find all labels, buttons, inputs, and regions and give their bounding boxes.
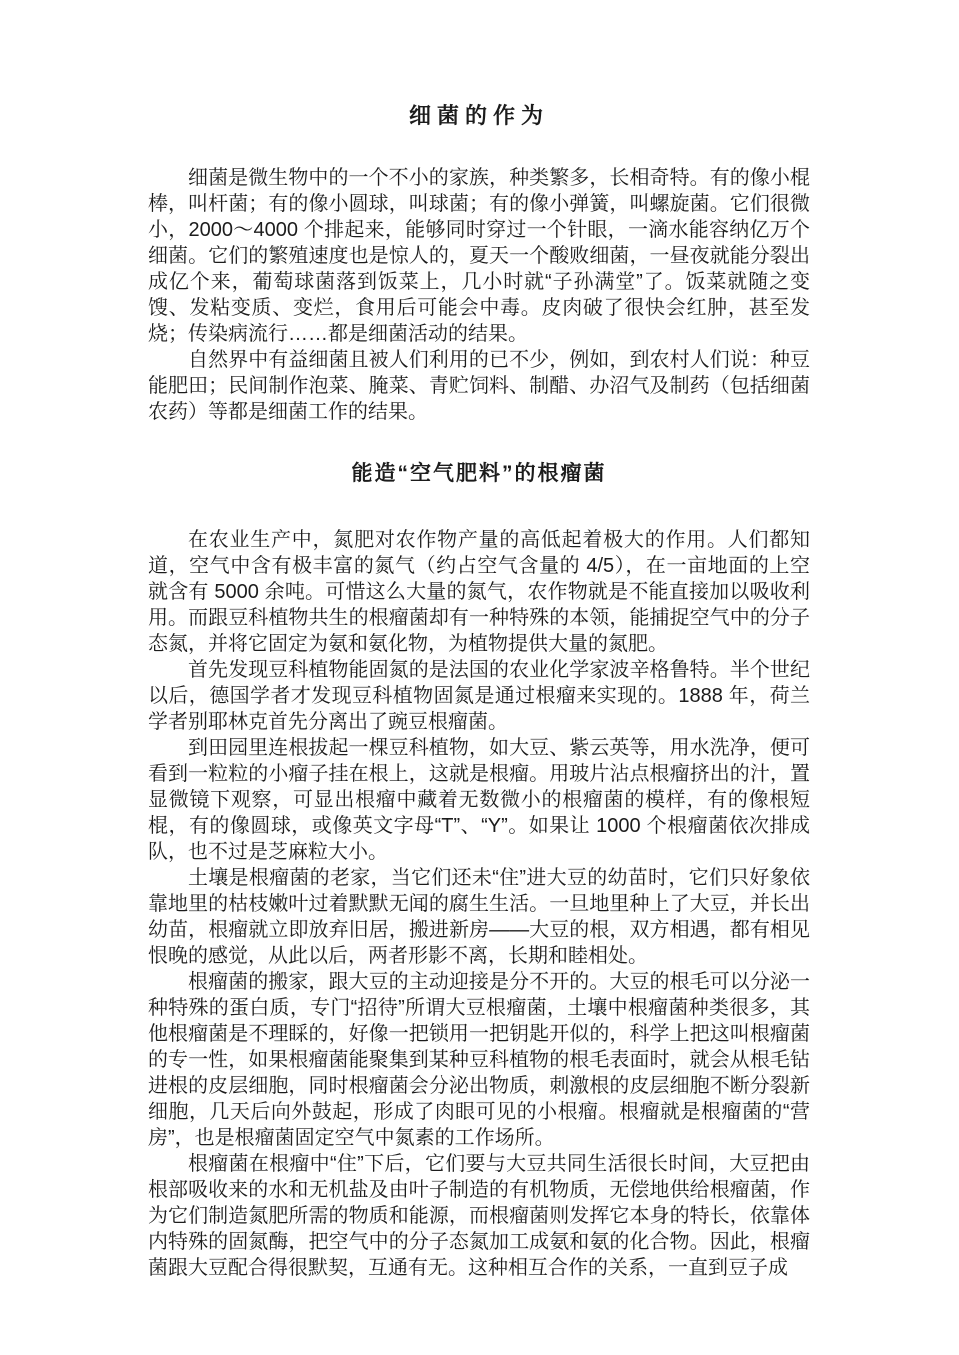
- paragraph-nitrogen-importance: 在农业生产中，氮肥对农作物产量的高低起着极大的作用。人们都知道，空气中含有极丰富…: [148, 527, 810, 657]
- paragraph-soil-home: 土壤是根瘤菌的老家，当它们还未“住”进大豆的幼苗时，它们只好象依靠地里的枯枝嫩叶…: [148, 865, 810, 969]
- paragraph-discovery-history: 首先发现豆科植物能固氮的是法国的农业化学家波辛格鲁特。半个世纪以后，德国学者才发…: [148, 657, 810, 735]
- paragraph-observing-nodules: 到田园里连根拔起一棵豆科植物，如大豆、紫云英等，用水洗净，便可看到一粒粒的小瘤子…: [148, 735, 810, 865]
- paragraph-symbiotic-cooperation: 根瘤菌在根瘤中“住”下后，它们要与大豆共同生活很长时间，大豆把由根部吸收来的水和…: [148, 1151, 810, 1281]
- paragraph-beneficial-bacteria: 自然界中有益细菌且被人们利用的已不少，例如，到农村人们说：种豆能肥田；民间制作泡…: [148, 347, 810, 425]
- section-heading-rhizobia: 能造“空气肥料”的根瘤菌: [148, 461, 810, 487]
- paragraph-bacteria-family: 细菌是微生物中的一个不小的家族，种类繁多，长相奇特。有的像小棍棒，叫杆菌；有的像…: [148, 165, 810, 347]
- document-title: 细菌的作为: [148, 103, 810, 129]
- document-page: 细菌的作为 细菌是微生物中的一个不小的家族，种类繁多，长相奇特。有的像小棍棒，叫…: [148, 103, 810, 1281]
- paragraph-rhizobia-specificity: 根瘤菌的搬家，跟大豆的主动迎接是分不开的。大豆的根毛可以分泌一种特殊的蛋白质，专…: [148, 969, 810, 1151]
